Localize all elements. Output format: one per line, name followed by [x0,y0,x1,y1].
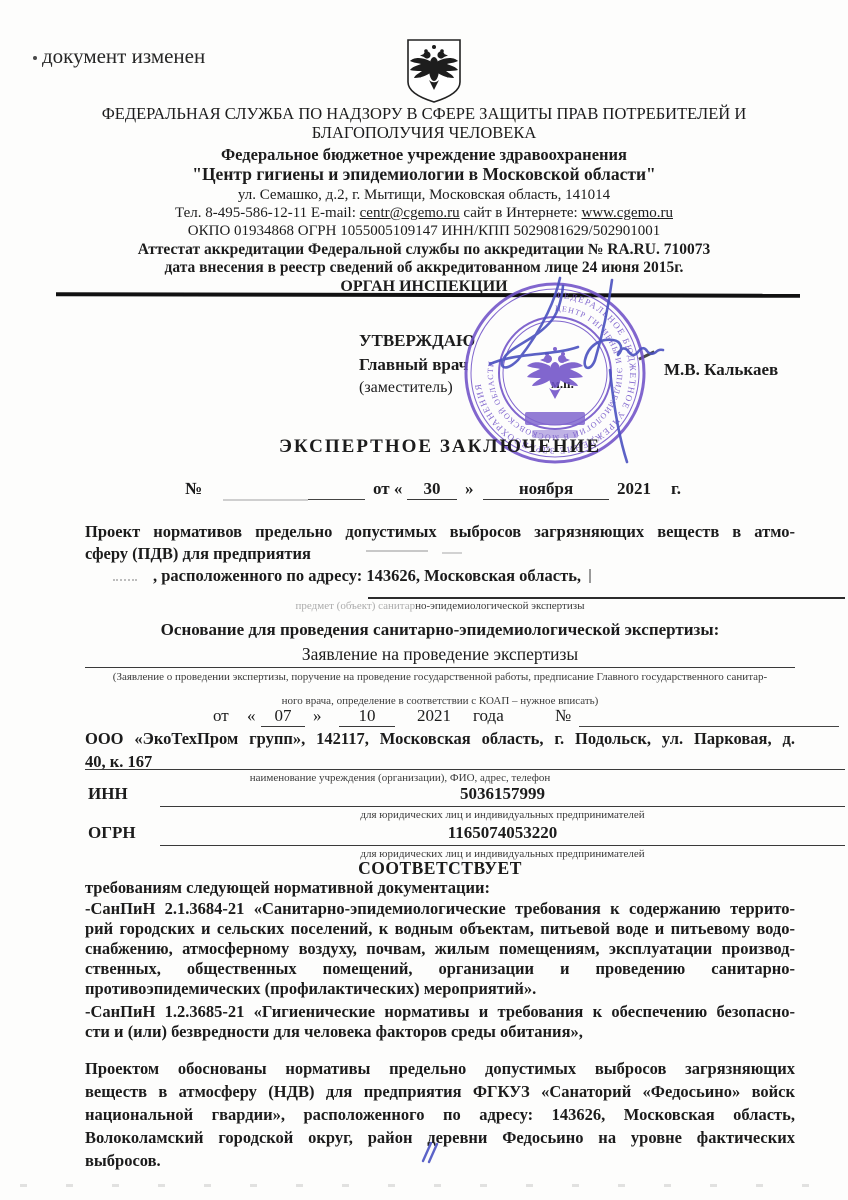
final-line: веществ в атмосферу (НДВ) для предприяти… [85,1080,795,1103]
basis-heading: Основание для проведения санитарно-эпиде… [85,620,795,640]
app-number-sign: № [555,706,571,726]
number-sign: № [185,479,202,499]
date-close-quote: » [465,479,474,499]
website-link: www.cgemo.ru [581,205,673,221]
verdict-intro: требованиям следующей нормативной докуме… [85,878,795,898]
final-line: национальной гвардии», расположенного по… [85,1103,795,1126]
inn-rule [160,806,845,807]
date-year-suffix: г. [671,479,681,499]
app-year: 2021 [417,706,451,726]
basis-value: Заявление на проведение экспертизы [85,644,795,665]
approver-position: Главный врач [359,355,468,375]
accreditation-date-line: дата внесения в реестр сведений об аккре… [0,259,848,277]
app-close-quote: » [313,706,322,726]
doc1-line: снабжению, атмосферному воздуху, почвам,… [85,939,795,959]
app-day: 07 [261,706,305,727]
doc1-line: -СанПиН 2.1.3684-21 «Санитарно-эпидемиол… [85,899,795,919]
contacts-line: Тел. 8-495-586-12-11 E-mail: centr@cgemo… [0,204,848,222]
org-rule [85,769,845,770]
inn-label: ИНН [88,784,128,804]
institution-type: Федеральное бюджетное учреждение здравоо… [0,145,848,164]
org-line1: ООО «ЭкоТехПром групп», 142117, Московск… [85,727,795,750]
accreditation-line: Аттестат аккредитации Федеральной службы… [0,241,848,259]
doc1-line: рий городских и сельских поселений, к во… [85,919,795,939]
number-blank-faint [223,481,308,501]
site-label: сайт в Интернете: [460,205,582,221]
subject-caption-faint: предмет (объект) санитар [296,600,416,612]
document-title: ЭКСПЕРТНОЕ ЗАКЛЮЧЕНИЕ [85,436,795,458]
redaction-mark [366,550,428,552]
date-year: 2021 [617,479,651,499]
ogrn-rule [160,845,845,846]
approve-label: УТВЕРЖДАЮ [359,331,475,351]
redaction-mark [113,579,137,581]
app-number-blank [579,708,839,727]
scan-artifact-line [20,1184,828,1187]
date-day: 30 [407,479,457,500]
subject-line2: сферу (ПДВ) для предприятия [85,543,795,565]
app-open-quote: « [247,706,256,726]
app-from-label: от [213,706,229,726]
ogrn-label: ОГРН [88,823,136,843]
service-name-line1: ФЕДЕРАЛЬНАЯ СЛУЖБА ПО НАДЗОРУ В СФЕРЕ ЗА… [0,104,848,123]
approver-deputy: (заместитель) [359,379,453,397]
number-date-line: № от « 30 » ноября 2021 г. [85,479,795,505]
subject-line3-text: , расположенного по адресу: 143626, Моск… [153,566,581,585]
phone-label: Тел. 8-495-586-12-11 E-mail: [175,205,360,221]
registration-codes: ОКПО 01934868 ОГРН 1055005109147 ИНН/КПП… [0,222,848,240]
institution-address: ул. Семашко, д.2, г. Мытищи, Московская … [0,186,848,204]
doc2-line: сти и (или) безвредности для человека фа… [85,1022,795,1042]
subject-line1: Проект нормативов предельно допустимых в… [85,521,795,543]
final-line: Проектом обоснованы нормативы предельно … [85,1057,795,1080]
app-month: 10 [339,706,395,727]
inn-caption: для юридических лиц и индивидуальных пре… [160,809,845,822]
service-name-line2: БЛАГОПОЛУЧИЯ ЧЕЛОВЕКА [0,123,848,142]
basis-caption-line1: (Заявление о проведении экспертизы, пору… [85,671,795,684]
redaction-mark [442,552,462,554]
coat-of-arms-icon [404,37,464,105]
subject-caption: предмет (объект) санитарно-эпидемиологич… [85,600,795,613]
institution-name: "Центр гигиены и эпидемиологии в Московс… [0,164,848,185]
pen-double-slash-mark [420,1140,442,1164]
app-year-word: года [473,706,504,726]
ogrn-value: 1165074053220 [160,823,845,843]
subject-line2-text: сферу (ПДВ) для предприятия [85,544,311,563]
subject-caption-dark: но-эпидемиологической экспертизы [415,600,584,612]
date-month: ноября [483,479,609,500]
subject-caption-rule [368,597,845,599]
basis-rule [85,667,795,668]
pen-tick-mark [33,56,37,60]
scanned-document-page: документ изменен ФЕДЕРАЛЬНАЯ СЛУЖБА ПО Н… [0,0,848,1200]
subject-line3: , расположенного по адресу: 143626, Моск… [85,565,795,587]
redaction-mark [589,569,591,583]
number-blank-line [308,481,365,500]
letterhead: ФЕДЕРАЛЬНАЯ СЛУЖБА ПО НАДЗОРУ В СФЕРЕ ЗА… [0,104,848,296]
doc1-line: противоэпидемических (профилактических) … [85,979,795,999]
doc1-line: ственных, общественных помещений, органи… [85,959,795,979]
verdict-result: СООТВЕТСТВУЕТ [85,858,795,879]
date-from-label: от « [373,479,402,499]
inn-value: 5036157999 [160,784,845,804]
document-changed-note: документ изменен [42,44,205,69]
doc2-line: -СанПиН 1.2.3685-21 «Гигиенические норма… [85,1002,795,1022]
email-link: centr@cgemo.ru [360,205,460,221]
